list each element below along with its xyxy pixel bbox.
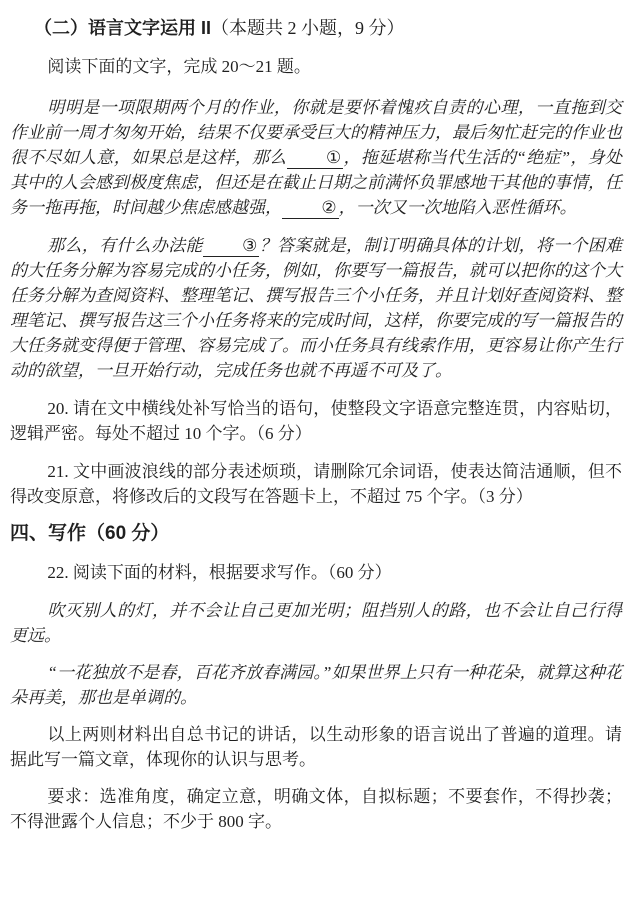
blank-1: ① [287, 147, 344, 169]
blank-2: ② [282, 197, 339, 219]
passage-intro: 阅读下面的文字，完成 20～21 题。 [10, 55, 622, 79]
section-language-heading: （二）语言文字运用 II（本题共 2 小题，9 分） [34, 16, 622, 40]
section-language-heading-title: （二）语言文字运用 II [34, 18, 211, 38]
question-22: 22. 阅读下面的材料，根据要求写作。（60 分） [10, 560, 622, 585]
exam-paper-page: （二）语言文字运用 II（本题共 2 小题，9 分） 阅读下面的文字，完成 20… [0, 0, 636, 909]
section-language-heading-score: （本题共 2 小题，9 分） [211, 18, 405, 38]
essay-material-source: 以上两则材料出自总书记的讲话，以生动形象的语言说出了普遍的道理。请据此写一篇文章… [10, 722, 622, 772]
section-writing-heading: 四、写作（60 分） [10, 522, 622, 546]
passage-p2-text-1: 那么，有什么办法能 [47, 236, 202, 255]
passage-p2-text-2: ？答案就是，制订明确具体的计划，将一个困难的大任务分解为容易完成的小任务，例如，… [10, 236, 622, 380]
question-21: 21. 文中画波浪线的部分表述烦琐，请删除冗余词语，使表达简洁通顺，但不得改变原… [10, 459, 622, 509]
passage-paragraph-1: 明明是一项限期两个月的作业，你就是要怀着愧疚自责的心理，一直拖到交作业前一周才匆… [10, 95, 622, 220]
question-20: 20. 请在文中横线处补写恰当的语句，使整段文字语意完整连贯，内容贴切，逻辑严密… [10, 396, 622, 446]
essay-materials: 吹灭别人的灯，并不会让自己更加光明；阻挡别人的路，也不会让自己行得更远。 “一花… [10, 598, 622, 834]
essay-material-2: “一花独放不是春，百花齐放春满园。”如果世界上只有一种花朵，就算这种花朵再美，那… [10, 660, 622, 710]
essay-material-1: 吹灭别人的灯，并不会让自己更加光明；阻挡别人的路，也不会让自己行得更远。 [10, 598, 622, 648]
passage-p1-text-3: ，一次又一次地陷入恶性循环。 [339, 198, 577, 217]
passage-paragraph-2: 那么，有什么办法能③？答案就是，制订明确具体的计划，将一个困难的大任务分解为容易… [10, 233, 622, 383]
blank-3: ③ [203, 235, 260, 257]
essay-requirements: 要求：选准角度，确定立意，明确文体，自拟标题；不要套作，不得抄袭；不得泄露个人信… [10, 784, 622, 834]
